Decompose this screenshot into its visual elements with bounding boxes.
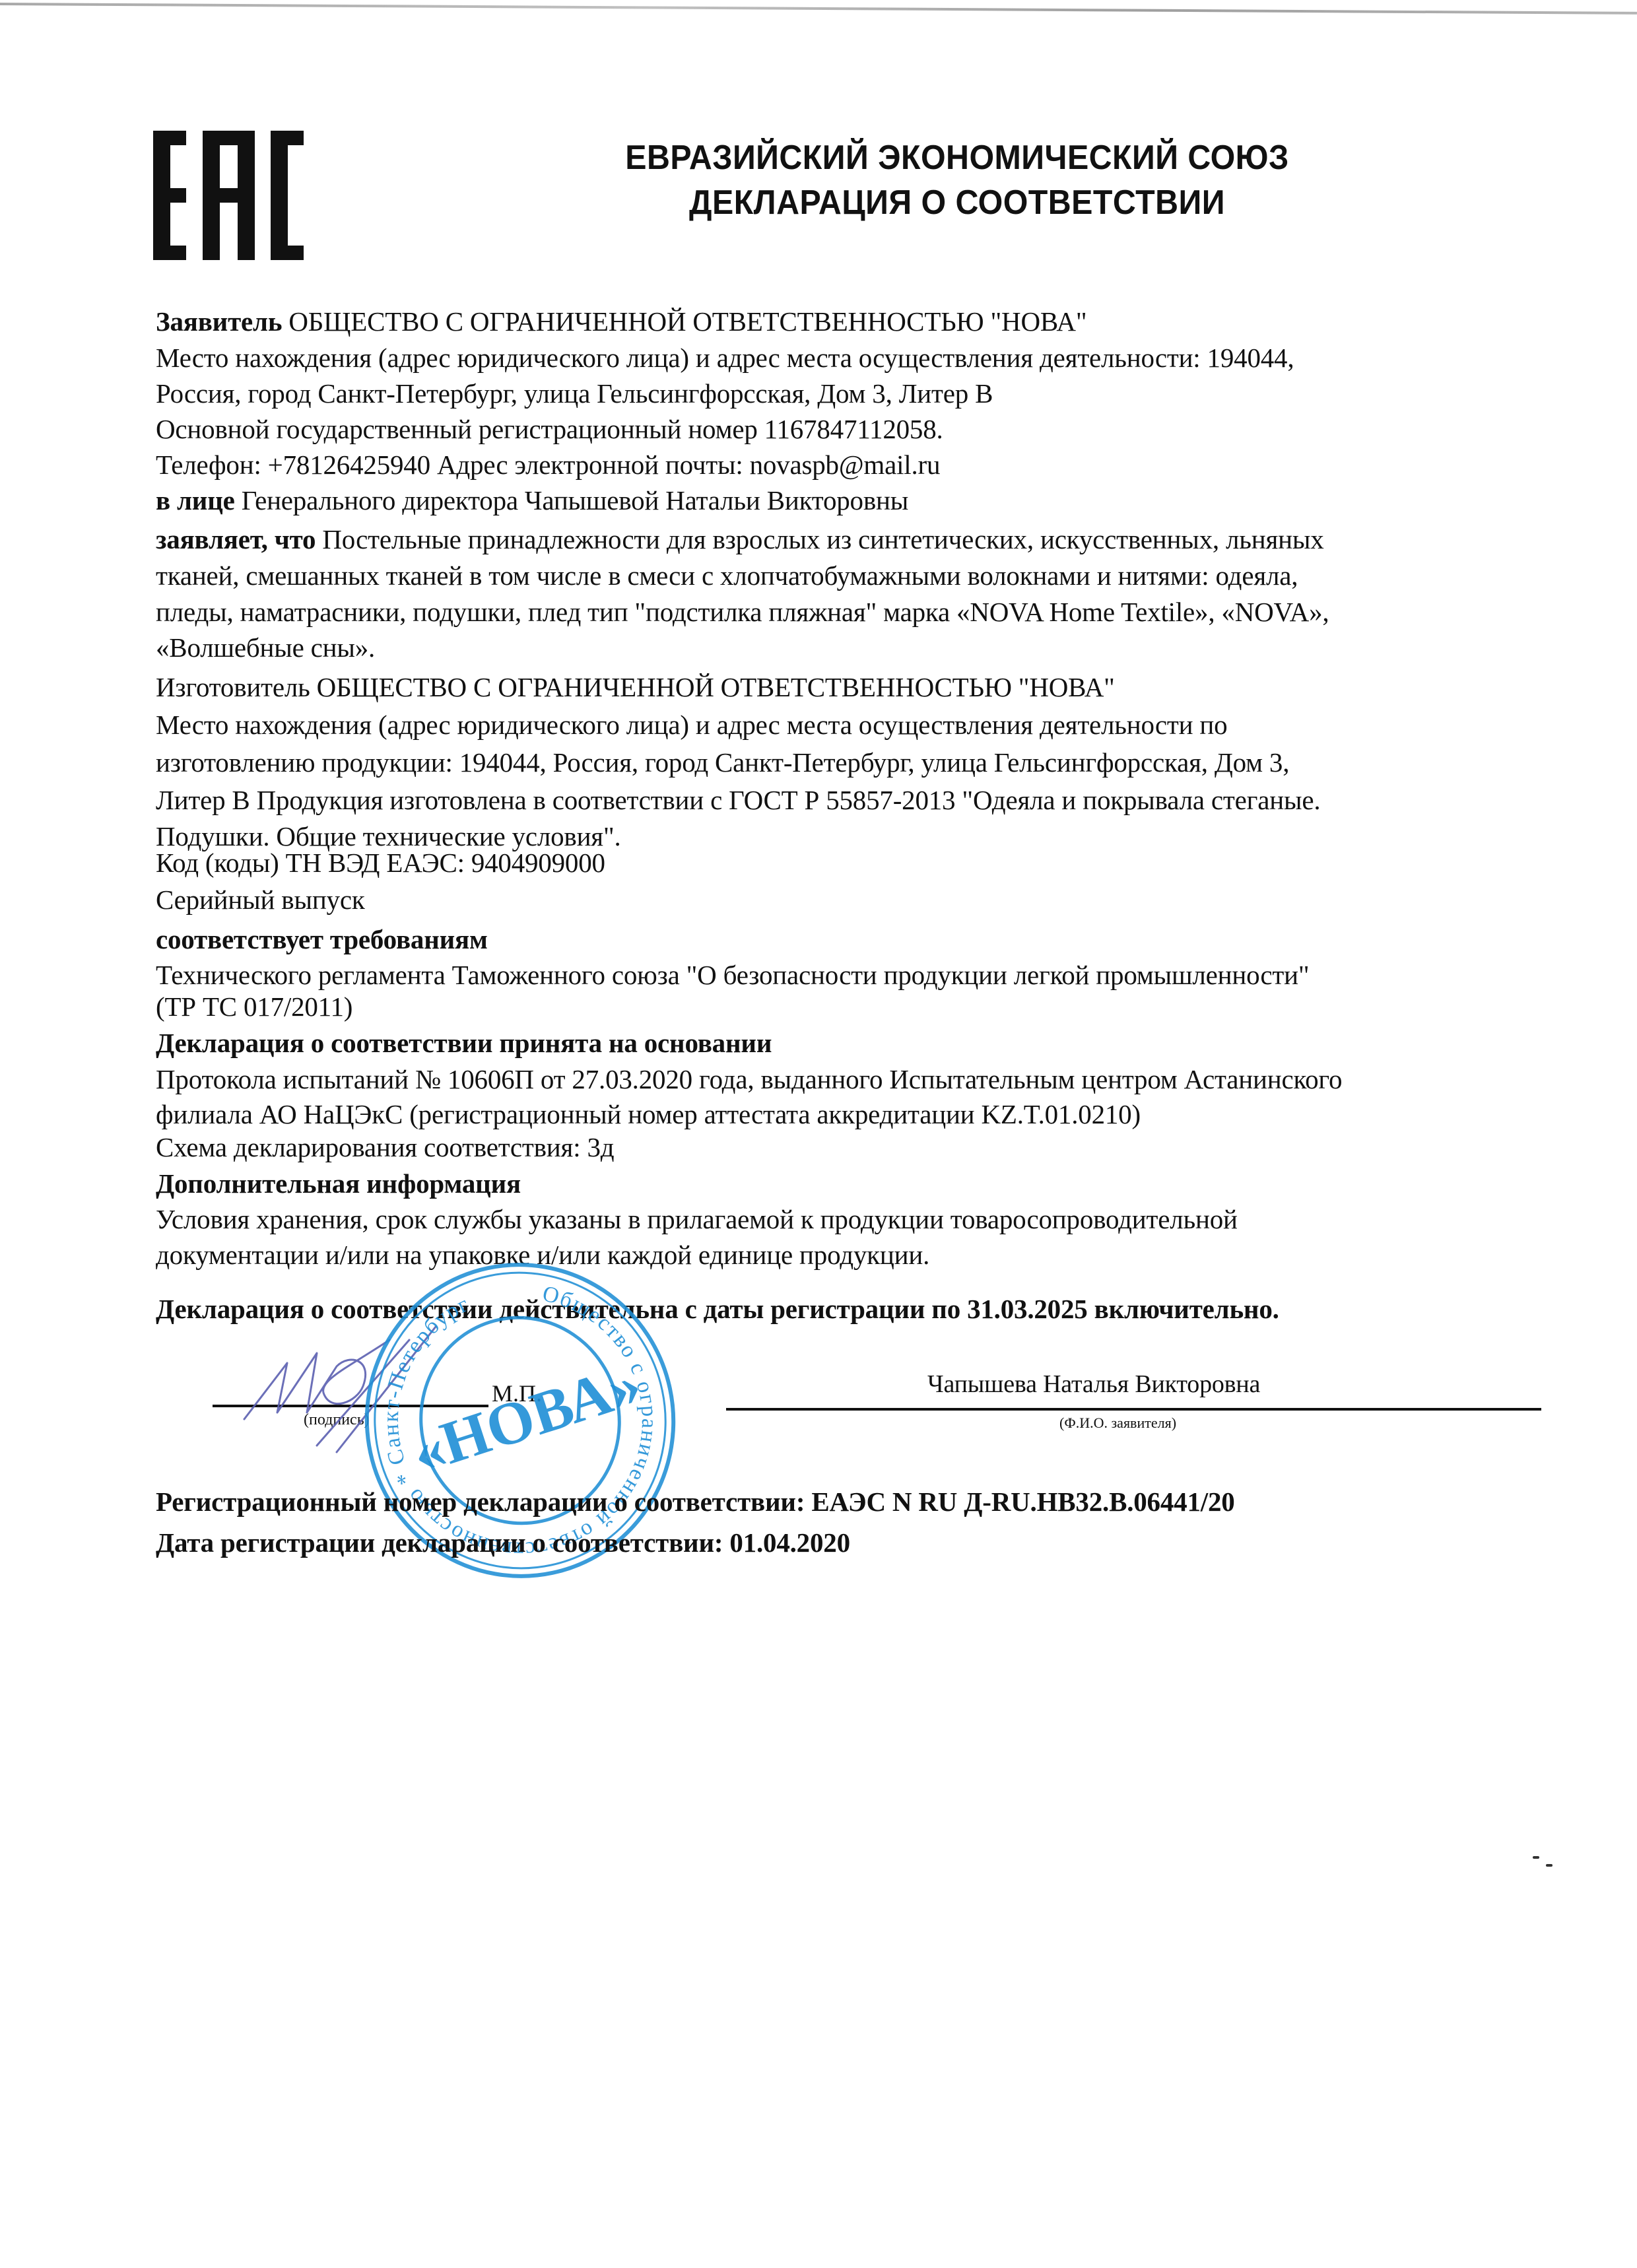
applicant-ogrn: Основной государственный регистрационный… bbox=[156, 413, 943, 446]
declares-line1: заявляет, что Постельные принадлежности … bbox=[156, 523, 1324, 556]
scan-speck bbox=[1546, 1864, 1553, 1867]
declaration-scheme: Схема декларирования соответствия: 3д bbox=[156, 1131, 614, 1164]
additional-line2: документации и/или на упаковке и/или каж… bbox=[156, 1238, 929, 1271]
handwritten-signature bbox=[238, 1314, 449, 1459]
applicant-address-line1: Место нахождения (адрес юридического лиц… bbox=[156, 341, 1294, 374]
additional-line1: Условия хранения, срок службы указаны в … bbox=[156, 1203, 1238, 1236]
registration-number: Регистрационный номер декларации о соотв… bbox=[156, 1485, 1235, 1518]
manufacturer-line2: Место нахождения (адрес юридического лиц… bbox=[156, 708, 1227, 741]
applicant-name: ОБЩЕСТВО С ОГРАНИЧЕННОЙ ОТВЕТСТВЕННОСТЬЮ… bbox=[282, 306, 1086, 337]
signer-name-line bbox=[726, 1408, 1541, 1411]
additional-heading: Дополнительная информация bbox=[156, 1167, 521, 1200]
signature-line bbox=[213, 1405, 488, 1407]
seal-mark: М.П. bbox=[492, 1380, 542, 1407]
declares-text: Постельные принадлежности для взрослых и… bbox=[316, 524, 1323, 554]
declares-label: заявляет, что bbox=[156, 524, 316, 554]
basis-line2: филиала АО НаЦЭкС (регистрационный номер… bbox=[156, 1098, 1141, 1131]
tn-ved-code: Код (коды) ТН ВЭД ЕАЭС: 9404909000 bbox=[156, 846, 605, 879]
applicant-line: Заявитель ОБЩЕСТВО С ОГРАНИЧЕННОЙ ОТВЕТС… bbox=[156, 305, 1086, 338]
eac-mark-icon bbox=[153, 131, 304, 260]
stamp-center-text: «НОВА» bbox=[404, 1349, 649, 1486]
represented-line: в лице Генерального директора Чапышевой … bbox=[156, 484, 908, 517]
compliance-line2: (ТР ТС 017/2011) bbox=[156, 990, 352, 1023]
basis-heading: Декларация о соответствии принята на осн… bbox=[156, 1026, 772, 1059]
represented-label: в лице bbox=[156, 485, 235, 516]
declares-line2: тканей, смешанных тканей в том числе в с… bbox=[156, 559, 1298, 592]
declares-line4: «Волшебные сны». bbox=[156, 631, 375, 664]
scan-edge bbox=[0, 3, 1637, 15]
validity-statement: Декларация о соответствии действительна … bbox=[156, 1292, 1279, 1325]
manufacturer-line4: Литер В Продукция изготовлена в соответс… bbox=[156, 784, 1320, 817]
declares-line3: пледы, наматрасники, подушки, плед тип "… bbox=[156, 595, 1329, 628]
document-header: ЕВРАЗИЙСКИЙ ЭКОНОМИЧЕСКИЙ СОЮЗ ДЕКЛАРАЦИ… bbox=[570, 135, 1344, 225]
compliance-line1: Технического регламента Таможенного союз… bbox=[156, 958, 1309, 991]
scan-speck bbox=[1533, 1856, 1539, 1859]
manufacturer-line1: Изготовитель ОБЩЕСТВО С ОГРАНИЧЕННОЙ ОТВ… bbox=[156, 671, 1115, 704]
compliance-heading: соответствует требованиям bbox=[156, 923, 488, 956]
signature-caption: (подпись) bbox=[304, 1411, 370, 1429]
applicant-address-line2: Россия, город Санкт-Петербург, улица Гел… bbox=[156, 377, 993, 410]
basis-line1: Протокола испытаний № 10606П от 27.03.20… bbox=[156, 1063, 1342, 1096]
registration-date: Дата регистрации декларации о соответств… bbox=[156, 1526, 850, 1559]
manufacturer-line3: изготовлению продукции: 194044, Россия, … bbox=[156, 746, 1289, 779]
signer-name: Чапышева Наталья Викторовна bbox=[927, 1368, 1260, 1401]
series-release: Серийный выпуск bbox=[156, 883, 365, 916]
header-union-title: ЕВРАЗИЙСКИЙ ЭКОНОМИЧЕСКИЙ СОЮЗ bbox=[570, 135, 1344, 180]
applicant-contacts: Телефон: +78126425940 Адрес электронной … bbox=[156, 448, 940, 481]
signer-caption: (Ф.И.О. заявителя) bbox=[1059, 1415, 1176, 1432]
represented-by: Генерального директора Чапышевой Натальи… bbox=[235, 485, 908, 516]
header-declaration-title: ДЕКЛАРАЦИЯ О СООТВЕТСТВИИ bbox=[570, 180, 1344, 225]
applicant-label: Заявитель bbox=[156, 306, 282, 337]
